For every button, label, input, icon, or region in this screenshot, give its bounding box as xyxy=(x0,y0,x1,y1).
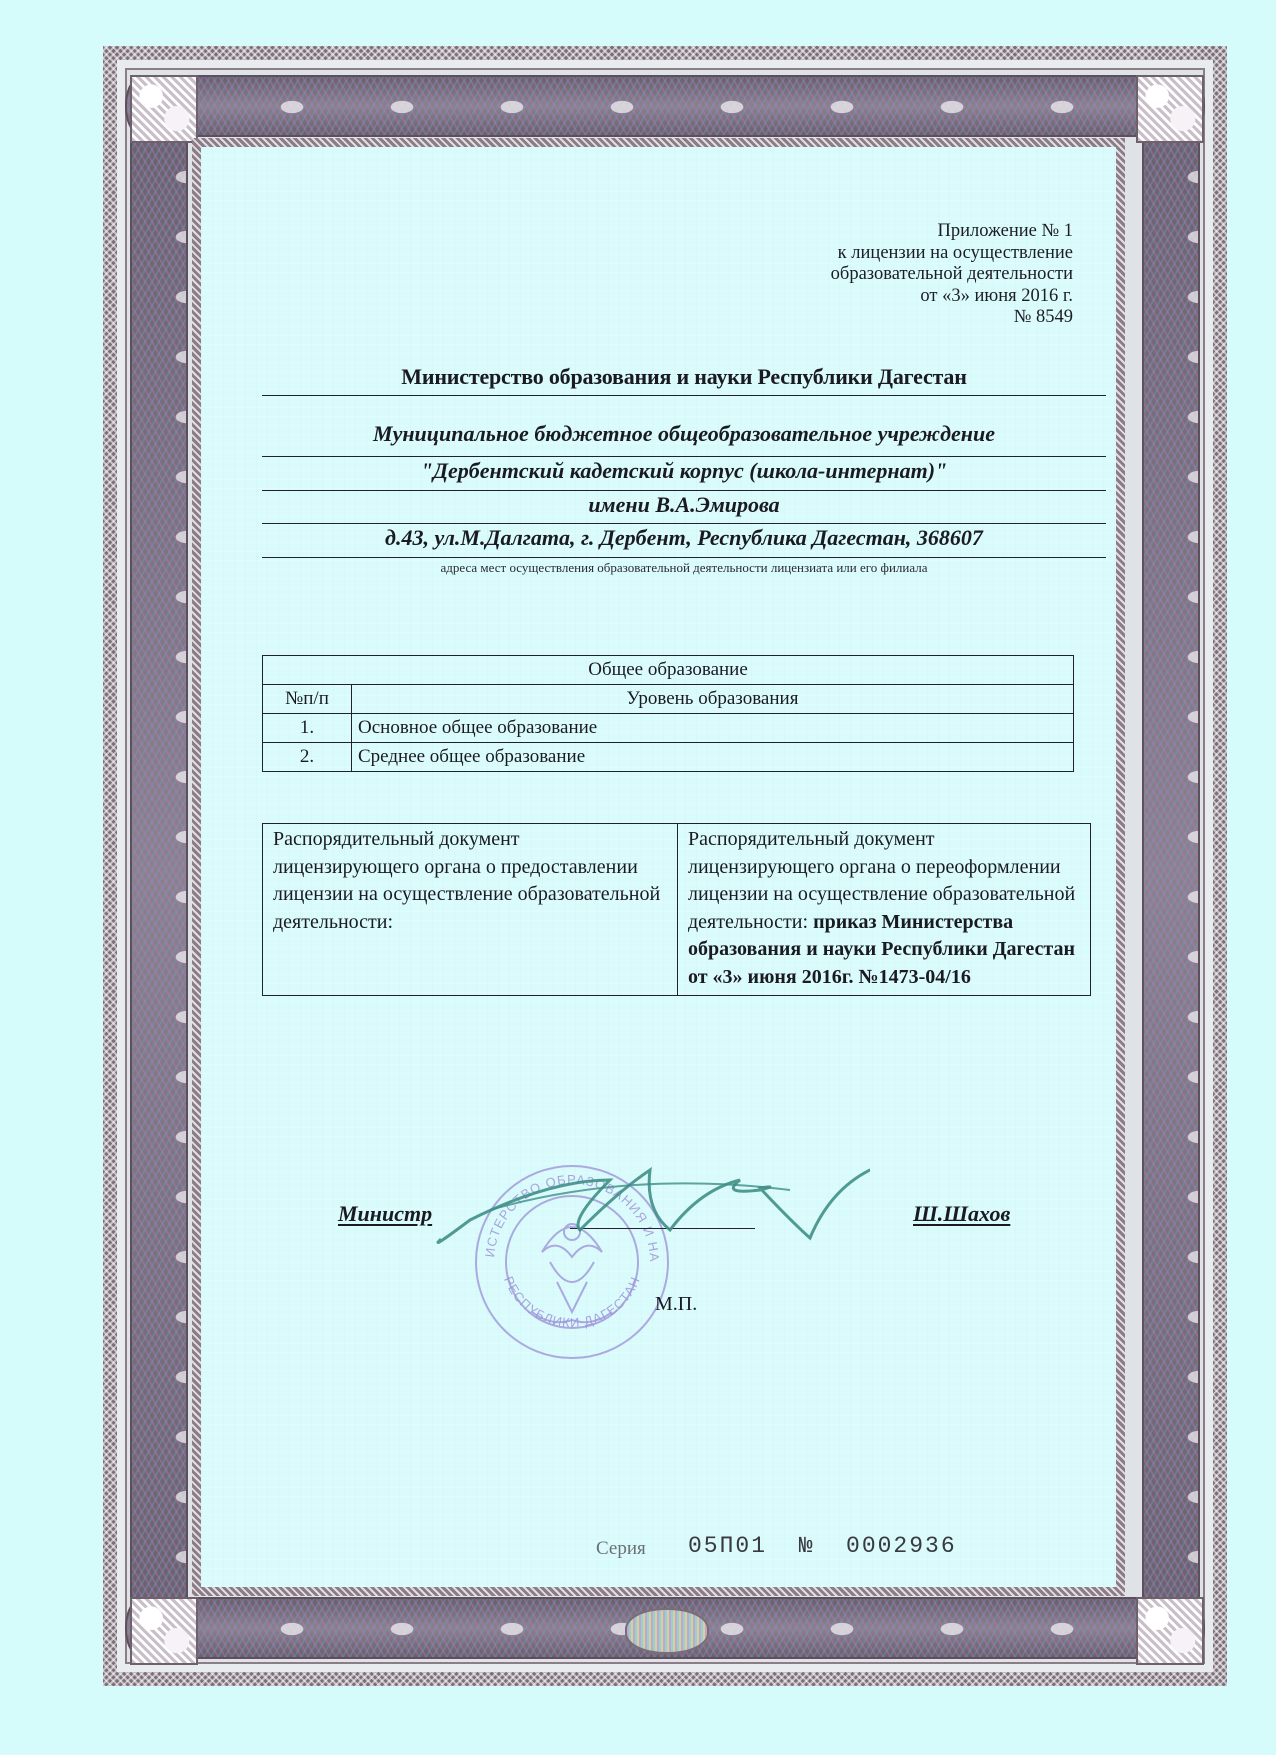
series-label: Серия xyxy=(596,1538,646,1560)
stamp-place-label: М.П. xyxy=(655,1293,697,1316)
column-header-number: №п/п xyxy=(263,685,352,714)
corner-ornament-icon xyxy=(1136,1597,1204,1665)
corner-ornament-icon xyxy=(130,1597,198,1665)
administrative-documents-table: Распорядительный документ лицензирующего… xyxy=(262,823,1091,996)
ornament-band-left xyxy=(130,85,188,1655)
appendix-line: к лицензии на осуществление xyxy=(831,243,1073,265)
license-grant-document: Распорядительный документ лицензирующего… xyxy=(263,824,678,996)
appendix-line: от «3» июня 2016 г. xyxy=(831,286,1073,308)
appendix-line: Приложение № 1 xyxy=(831,221,1073,243)
divider xyxy=(262,395,1106,396)
corner-ornament-icon xyxy=(1136,75,1204,143)
divider xyxy=(262,523,1106,524)
row-level: Среднее общее образование xyxy=(352,743,1074,772)
organization-type: Муниципальное бюджетное общеобразователь… xyxy=(262,421,1106,447)
table-title-row: Общее образование xyxy=(263,656,1074,685)
signatory-name: Ш.Шахов xyxy=(913,1201,1010,1227)
table-row: 2. Среднее общее образование xyxy=(263,743,1074,772)
handwritten-signature-icon xyxy=(430,1150,870,1250)
appendix-reference: Приложение № 1 к лицензии на осуществлен… xyxy=(831,221,1073,329)
license-reissue-document: Распорядительный документ лицензирующего… xyxy=(678,824,1091,996)
ministry-title: Министерство образования и науки Республ… xyxy=(262,364,1106,390)
series-number: 05П01 № 0002936 xyxy=(688,1533,957,1559)
hologram-medallion-icon xyxy=(625,1608,709,1654)
table-title: Общее образование xyxy=(263,656,1074,685)
table-row: 1. Основное общее образование xyxy=(263,714,1074,743)
organization-address: д.43, ул.М.Далгата, г. Дербент, Республи… xyxy=(262,525,1106,551)
table-row: Распорядительный документ лицензирующего… xyxy=(263,824,1091,996)
education-levels-table: Общее образование №п/п Уровень образован… xyxy=(262,655,1074,772)
row-number: 2. xyxy=(263,743,352,772)
ornament-band-right xyxy=(1142,85,1200,1655)
appendix-line: образовательной деятельности xyxy=(831,264,1073,286)
organization-name: "Дербентский кадетский корпус (школа-инт… xyxy=(262,458,1106,484)
divider xyxy=(262,490,1106,491)
organization-honoree: имени В.А.Эмирова xyxy=(262,492,1106,518)
ornament-band-top xyxy=(125,75,1205,137)
column-header-level: Уровень образования xyxy=(352,685,1074,714)
appendix-line: № 8549 xyxy=(831,307,1073,329)
corner-ornament-icon xyxy=(130,75,198,143)
address-caption: адреса мест осуществления образовательно… xyxy=(262,560,1106,576)
row-level: Основное общее образование xyxy=(352,714,1074,743)
divider xyxy=(262,557,1106,558)
row-number: 1. xyxy=(263,714,352,743)
divider xyxy=(262,456,1106,457)
signatory-position: Министр xyxy=(338,1201,432,1227)
table-header-row: №п/п Уровень образования xyxy=(263,685,1074,714)
